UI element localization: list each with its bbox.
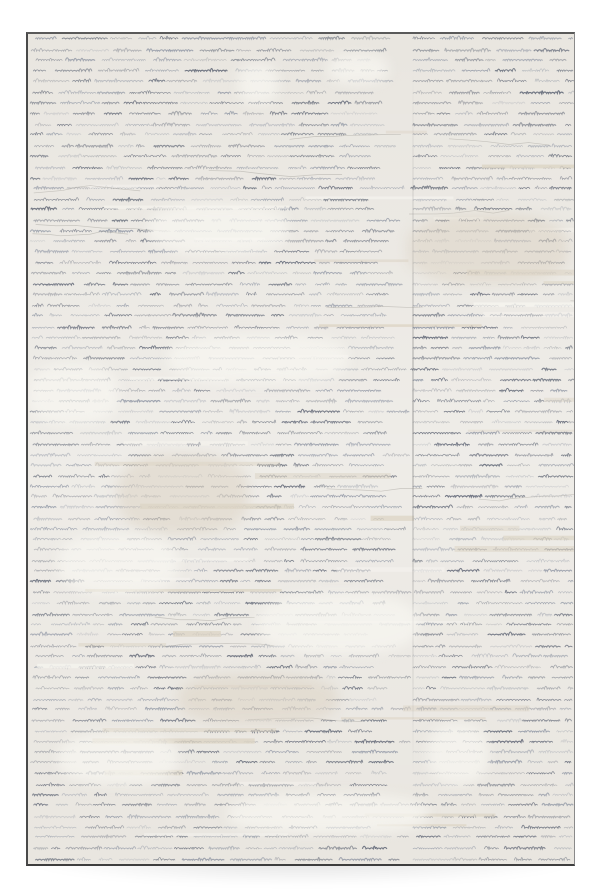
paint-wash xyxy=(258,594,418,654)
paint-wash xyxy=(148,204,288,254)
paint-wash xyxy=(58,734,178,784)
paint-wash xyxy=(238,64,278,104)
paint-wash xyxy=(428,724,488,784)
artwork-canvas xyxy=(26,32,575,866)
vertical-seam xyxy=(412,74,414,774)
paint-wash xyxy=(58,534,178,594)
paint-wash xyxy=(168,334,348,384)
paint-wash xyxy=(28,364,118,424)
paint-wash xyxy=(408,214,568,284)
paint-wash xyxy=(178,674,338,724)
paint-wash xyxy=(228,794,428,834)
paint-wash xyxy=(118,454,248,534)
paint-wash xyxy=(328,54,388,84)
